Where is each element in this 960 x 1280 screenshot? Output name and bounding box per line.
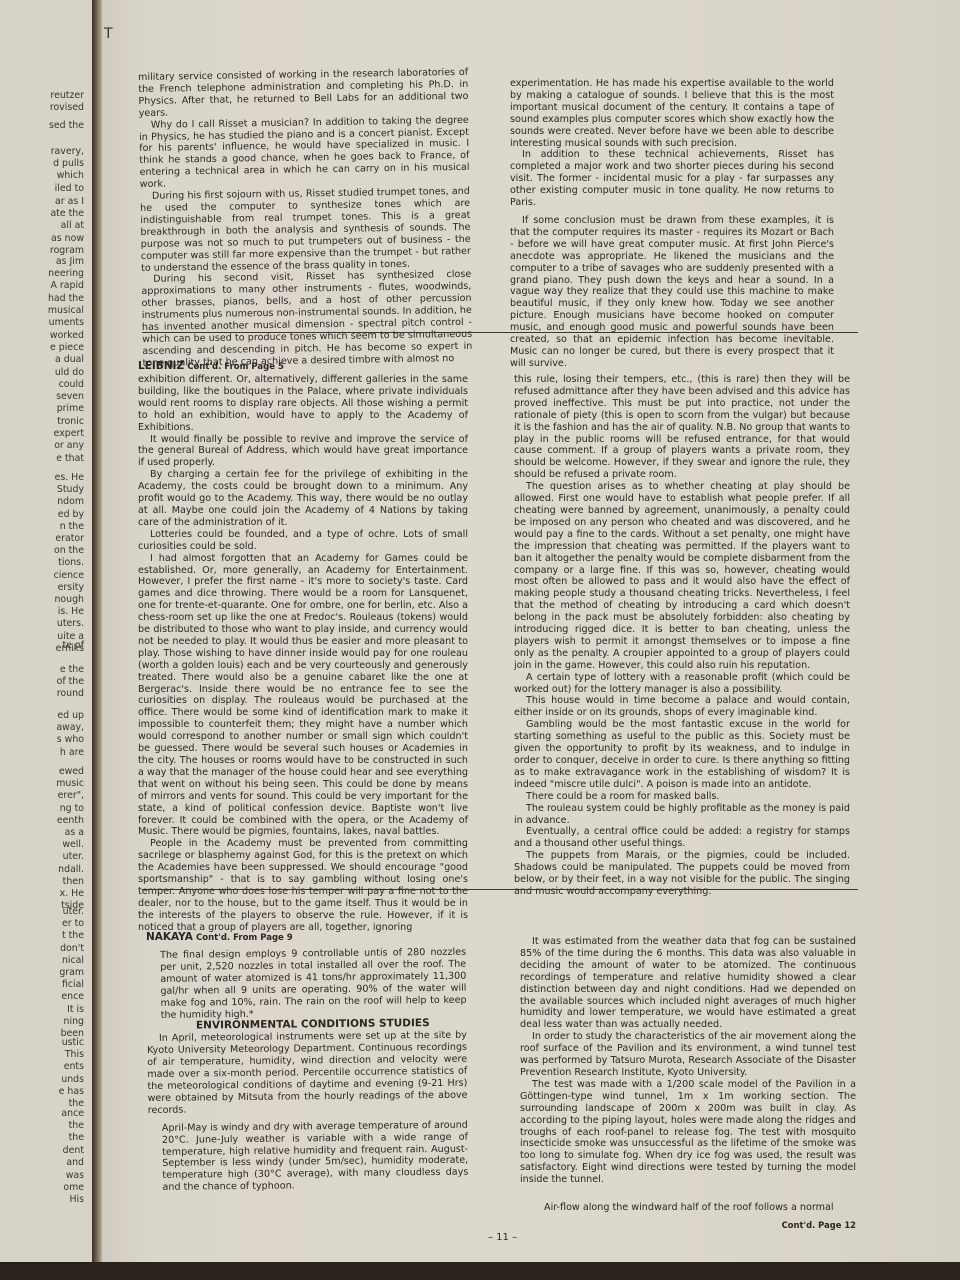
paragraph: During his second visit, Risset has synt… bbox=[141, 269, 472, 369]
continued-on-page: Cont'd. Page 12 bbox=[520, 1220, 856, 1232]
facing-page-fragment: sed the bbox=[49, 120, 84, 132]
nakaya-left-column: The final design employs 9 controllable … bbox=[146, 947, 469, 1194]
facing-page-fragment: ravery, d pulls which iled to bbox=[51, 146, 84, 195]
paragraph: Air-flow along the windward half of the … bbox=[520, 1202, 856, 1214]
section-divider bbox=[142, 889, 858, 890]
section-divider bbox=[142, 332, 858, 333]
paragraph: It was estimated from the weather data t… bbox=[520, 936, 856, 1031]
risset-right-column: experimentation. He has made his experti… bbox=[510, 78, 834, 370]
paragraph: In April, meteorological instruments wer… bbox=[147, 1030, 468, 1117]
article-keyword: NAKAYA bbox=[146, 931, 193, 943]
paragraph: The question arises as to whether cheati… bbox=[514, 481, 850, 672]
paragraph: There could be a room for masked balls. bbox=[514, 791, 850, 803]
leibniz-heading: LEIBNIZ Cont'd. From Page 5 bbox=[138, 360, 284, 372]
article-keyword: LEIBNIZ bbox=[138, 360, 184, 372]
page-number: – 11 – bbox=[488, 1232, 517, 1243]
facing-page-fragment: uter. er to t the don't nical gram ficia… bbox=[59, 906, 84, 1040]
paragraph: The test was made with a 1/200 scale mod… bbox=[520, 1079, 856, 1186]
facing-page-fragment: worked e piece a dual uld do could seven… bbox=[50, 330, 84, 415]
paragraph: Gambling would be the most fantastic exc… bbox=[514, 719, 850, 790]
facing-page-edge: reutzer rovisedsed theravery, d pulls wh… bbox=[0, 0, 92, 1280]
facing-page-fragment: te of bbox=[63, 640, 84, 652]
paragraph: I had almost forgotten that an Academy f… bbox=[138, 553, 468, 839]
facing-page-fragment: e the of the round bbox=[57, 664, 84, 701]
facing-page-fragment: tronic expert or any e that bbox=[54, 416, 84, 465]
paragraph: The puppets from Marais, or the pigmies,… bbox=[514, 850, 850, 898]
paragraph: The rouleau system could be highly profi… bbox=[514, 803, 850, 827]
margin-mark: T bbox=[104, 26, 113, 42]
intro-paragraph: The final design employs 9 controllable … bbox=[160, 947, 467, 1022]
nakaya-right-column: It was estimated from the weather data t… bbox=[520, 936, 856, 1232]
facing-page-fragment: reutzer rovised bbox=[50, 90, 84, 114]
leibniz-left-column: exhibition different. Or, alternatively,… bbox=[138, 374, 468, 934]
facing-page-fragment: ar as I ate the all at as now rogram bbox=[50, 196, 84, 257]
paragraph: military service consisted of working in… bbox=[138, 67, 469, 120]
paragraph: experimentation. He has made his experti… bbox=[510, 78, 834, 149]
facing-page-fragment: ed up away, s who h are bbox=[56, 710, 84, 759]
facing-page-fragment: as Jim neering A rapid had the musical u… bbox=[48, 256, 84, 329]
paragraph: In order to study the characteristics of… bbox=[520, 1031, 856, 1079]
paragraph: Why do I call Risset a musician? In addi… bbox=[139, 114, 470, 191]
facing-page-fragment: was ome His bbox=[63, 1170, 84, 1207]
paragraph: Lotteries could be founded, and a type o… bbox=[138, 529, 468, 553]
paragraph: A certain type of lottery with a reasona… bbox=[514, 672, 850, 696]
paragraph: exhibition different. Or, alternatively,… bbox=[138, 374, 468, 434]
paragraph: It would finally be possible to revive a… bbox=[138, 434, 468, 470]
magazine-page: T military service consisted of working … bbox=[102, 0, 960, 1262]
paragraph: This house would in time become a palace… bbox=[514, 695, 850, 719]
paragraph: Eventually, a central office could be ad… bbox=[514, 826, 850, 850]
facing-page-fragment: ewed music erer", ng to eenth as a well.… bbox=[56, 766, 84, 912]
paragraph: In addition to these technical achieveme… bbox=[510, 149, 834, 209]
risset-left-column: military service consisted of working in… bbox=[138, 67, 473, 370]
nakaya-heading: NAKAYA Cont'd. From Page 9 bbox=[146, 931, 293, 943]
continued-from: Cont'd. From Page 5 bbox=[187, 362, 284, 372]
book-spine bbox=[92, 0, 102, 1280]
facing-page-fragment: es. He Study ndom ed by n the erator on … bbox=[54, 472, 84, 655]
paragraph: If some conclusion must be drawn from th… bbox=[510, 215, 834, 370]
paragraph: By charging a certain fee for the privil… bbox=[138, 469, 468, 529]
continued-from: Cont'd. From Page 9 bbox=[196, 933, 293, 943]
paragraph: People in the Academy must be prevented … bbox=[138, 838, 468, 933]
facing-page-fragment: ance the the dent and bbox=[61, 1108, 84, 1169]
paragraph: this rule, losing their tempers, etc., (… bbox=[514, 374, 850, 481]
facing-page-fragment: ustic This ents unds e has the bbox=[59, 1037, 84, 1110]
paragraph: During his first sojourn with us, Risset… bbox=[140, 186, 471, 275]
page-bottom-edge bbox=[0, 1262, 960, 1280]
climate-quote: April-May is windy and dry with average … bbox=[162, 1119, 469, 1194]
leibniz-right-column: this rule, losing their tempers, etc., (… bbox=[514, 374, 850, 898]
